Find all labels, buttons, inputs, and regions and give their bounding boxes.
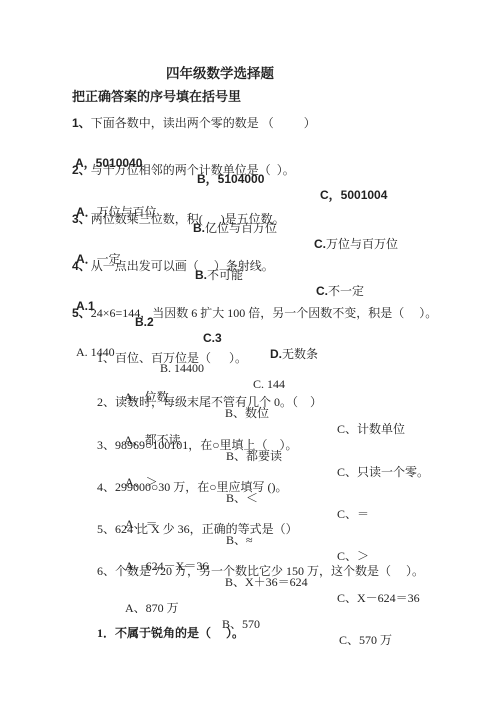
question-number: 1、 (72, 116, 91, 130)
question-text: 24×6=144，当因数 6 扩大 100 倍，另一个因数不变，积是（ ）。 (91, 306, 438, 320)
question-text: 从一点出发可以画（ ）条射线。 (91, 259, 274, 273)
question-p2-1: 1、百位、百万位是（ ）。 (97, 350, 500, 366)
question-text: 下面各数中，读出两个零的数是 （ ） (91, 116, 316, 130)
question-4: 4、从一点出发可以画（ ）条射线。 (72, 258, 500, 274)
question-text: 与千万位相邻的两个计数单位是（ ）。 (91, 163, 295, 177)
question-text: 两位数乘三位数，积( )是五位数。 (91, 212, 285, 226)
question-p2-4: 4、299000○30 万，在○里应填写 ()。 (97, 479, 500, 495)
question-1: 1、下面各数中，读出两个零的数是 （ ） (72, 115, 500, 131)
option-a: A、870 万 (125, 600, 179, 616)
question-3: 3、两位数乘三位数，积( )是五位数。 (72, 211, 500, 227)
option-letter: A. (76, 345, 88, 359)
instruction-heading: 把正确答案的序号填在括号里 (72, 89, 500, 105)
question-number: 3、 (72, 212, 91, 226)
question-p2-2: 2、读数时，每级末尾不管有几个 0。（ ） (97, 394, 500, 410)
question-p2-5: 5、624 比 X 少 36，正确的等式是（） (97, 521, 500, 537)
question-number: 5、 (72, 306, 91, 320)
options-row-p2-6: A、870 万 B、570 C、570 万 (0, 584, 500, 664)
question-p2-6: 6、个数是 720 万，另一个数比它少 150 万，这个数是（ ）。 (97, 563, 500, 579)
worksheet-page: 四年级数学选择题 把正确答案的序号填在括号里 1、下面各数中，读出两个零的数是 … (0, 0, 500, 707)
question-number: 2、 (72, 163, 91, 177)
question-2: 2、与千万位相邻的两个计数单位是（ ）。 (72, 162, 500, 178)
question-5: 5、24×6=144，当因数 6 扩大 100 倍，另一个因数不变，积是（ ）。 (72, 305, 500, 321)
question-p2-3: 3、98969○100101，在○里填上（ ）。 (97, 437, 500, 453)
page-title: 四年级数学选择题 (0, 66, 440, 82)
question-footer-1: 1．不属于锐角的是（ ）。 (97, 625, 500, 641)
question-number: 4、 (72, 259, 91, 273)
